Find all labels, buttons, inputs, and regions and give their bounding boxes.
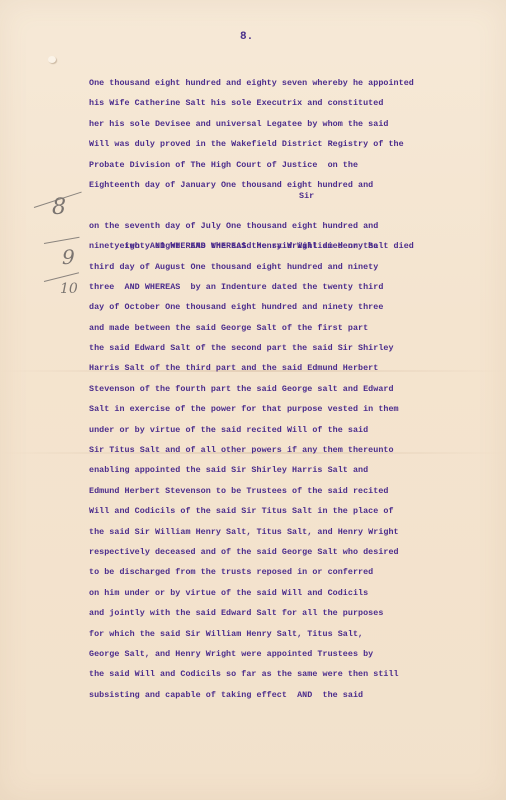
text-line: three AND WHEREAS by an Indenture dated … <box>89 277 499 297</box>
margin-pencil-notes: 8 9 10 <box>30 185 90 315</box>
text-line: for which the said Sir William Henry Sal… <box>89 624 499 644</box>
text-line: the said Edward Salt of the second part … <box>89 338 499 358</box>
text-line: on him under or by virtue of the said Wi… <box>89 583 499 603</box>
text-line: George Salt, and Henry Wright were appoi… <box>89 644 499 664</box>
text-line: third day of August One thousand eight h… <box>89 257 499 277</box>
text-line: his Wife Catherine Salt his sole Executr… <box>89 93 499 113</box>
text-line: Probate Division of The High Court of Ju… <box>89 155 499 175</box>
paper-punch-mark <box>48 56 56 63</box>
text-line: day of October One thousand eight hundre… <box>89 297 499 317</box>
inserted-word-sir: Sir <box>299 186 314 206</box>
text-line: Stevenson of the fourth part the said Ge… <box>89 379 499 399</box>
text-line: her his sole Devisee and universal Legat… <box>89 114 499 134</box>
text-line: to be discharged from the trusts reposed… <box>89 562 499 582</box>
text-line: One thousand eight hundred and eighty se… <box>89 73 499 93</box>
text-line: subsisting and capable of taking effect … <box>89 685 499 705</box>
text-line: Will was duly proved in the Wakefield Di… <box>89 134 499 154</box>
text-line: Harris Salt of the third part and the sa… <box>89 358 499 378</box>
document-body: One thousand eight hundred and eighty se… <box>89 73 499 705</box>
margin-note-10: 10 <box>60 281 78 297</box>
margin-note-8: 8 <box>52 195 66 220</box>
text-line: the said Will and Codicils so far as the… <box>89 664 499 684</box>
text-line: ninety two AND WHEREAS the said Henry Wr… <box>89 236 499 256</box>
text-line-with-insertion: Sir eighty eight AND WHEREAS the said Wi… <box>89 195 499 215</box>
text-line: and made between the said George Salt of… <box>89 318 499 338</box>
document-page: 8. 8 9 10 One thousand eight hundred and… <box>0 0 506 800</box>
text-line: enabling appointed the said Sir Shirley … <box>89 460 499 480</box>
text-line: and jointly with the said Edward Salt fo… <box>89 603 499 623</box>
text-line: Salt in exercise of the power for that p… <box>89 399 499 419</box>
margin-note-9: 9 <box>62 245 75 269</box>
text-line: respectively deceased and of the said Ge… <box>89 542 499 562</box>
text-line: Eighteenth day of January One thousand e… <box>89 175 499 195</box>
text-line: on the seventh day of July One thousand … <box>89 216 499 236</box>
text-line: Will and Codicils of the said Sir Titus … <box>89 501 499 521</box>
text-line: Edmund Herbert Stevenson to be Trustees … <box>89 481 499 501</box>
text-line: under or by virtue of the said recited W… <box>89 420 499 440</box>
text-line: the said Sir William Henry Salt, Titus S… <box>89 522 499 542</box>
text-line: Sir Titus Salt and of all other powers i… <box>89 440 499 460</box>
page-number: 8. <box>240 31 253 43</box>
pencil-stroke <box>44 237 80 244</box>
